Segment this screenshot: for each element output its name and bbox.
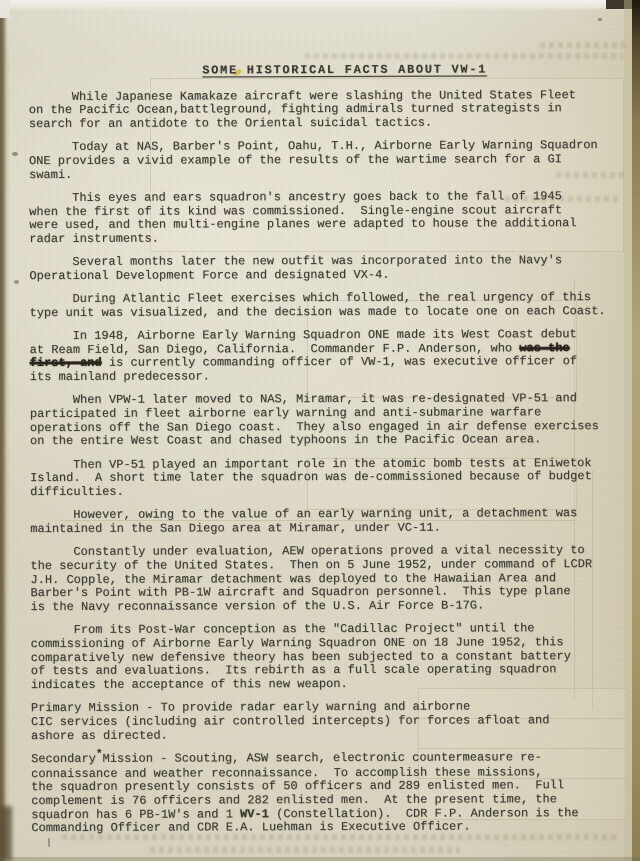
paragraph: Several months later the new outfit was … [29, 254, 619, 283]
text-segment: ashore as directed. [31, 728, 168, 742]
text-segment: difficulties. [30, 485, 124, 499]
paragraph: Then VP-51 played an important role in t… [30, 457, 620, 500]
text-segment: Barber's Point with PB-1W aircraft and S… [30, 584, 570, 600]
page-title: SOME HISTORICAL FACTS ABOUT VW-1 [29, 63, 619, 79]
text-segment: its mainland predecessor. [30, 370, 210, 385]
text-line: ONE provides a vivid example of the resu… [29, 153, 619, 169]
text-segment: of tests and evaluations. Its rebirth as… [31, 663, 557, 679]
text-segment: Commanding Officer and CDR E.A. Luehman … [31, 820, 470, 836]
bold-text: WV-1 [240, 807, 269, 821]
document-text: SOME HISTORICAL FACTS ABOUT VW-1 While J… [29, 63, 622, 846]
paragraph: While Japanese Kamakaze aircraft were sl… [29, 89, 619, 132]
paragraph: In 1948, Airborne Early Warning Squadron… [30, 328, 620, 385]
ink-speck [14, 280, 19, 284]
text-segment: Mission - Scouting, ASW search, electron… [102, 750, 541, 766]
text-segment: CIC services (including air controlled i… [31, 713, 550, 729]
text-segment: on the entire West Coast and chased typh… [30, 433, 541, 449]
text-segment: is currently commanding officer of VW-1,… [102, 355, 577, 371]
page-edge-bottom [0, 857, 640, 861]
text-line: Operational Development Force and design… [29, 268, 619, 284]
paragraph: When VPW-1 later moved to NAS, Miramar, … [30, 392, 620, 449]
text-segment: indicates the acceptance of this new wea… [31, 677, 348, 692]
strike-text: first, and [30, 356, 102, 370]
text-line: difficulties. [30, 484, 620, 500]
text-segment: Island. A short time later the squadron … [30, 469, 592, 485]
text-line: search for an antidote to the Oriental s… [29, 116, 619, 132]
text-line: ashore as directed. [31, 728, 621, 744]
page-edge-top [0, 0, 640, 11]
paragraph: Today at NAS, Barber's Point, Oahu, T.H.… [29, 139, 619, 182]
bleedthrough-text [540, 42, 628, 48]
text-line: Island. A short time later the squadron … [30, 470, 620, 486]
text-segment: is the Navy reconnaissance version of th… [31, 598, 485, 614]
text-segment: However, owing to the value of an early … [73, 506, 577, 522]
paragraph: Secondary*Mission - Scouting, ASW search… [31, 751, 621, 836]
text-segment: ONE provides a vivid example of the resu… [29, 152, 562, 168]
document-body: While Japanese Kamakaze aircraft were sl… [29, 89, 622, 836]
text-segment: Operational Development Force and design… [29, 268, 389, 283]
page-edge-corner [0, 806, 12, 861]
text-line: on the entire West Coast and chased typh… [30, 433, 620, 449]
text-line: is the Navy reconnaissance version of th… [31, 599, 621, 615]
page-edge-corner [606, 0, 640, 9]
page-edge-right [632, 0, 640, 861]
text-line: indicates the acceptance of this new wea… [31, 677, 621, 693]
text-line: were used, and then multi-engine planes … [29, 217, 619, 233]
paragraph: However, owing to the value of an early … [30, 507, 620, 536]
paragraph: Constantly under evaluation, AEW operati… [30, 544, 620, 615]
bleedthrough-text [150, 847, 460, 853]
bleedthrough-text [305, 53, 623, 59]
paragraph: During Atlantic Fleet exercises which fo… [29, 291, 619, 320]
text-line: radar instruments. [29, 231, 619, 247]
text-segment: radar instruments. [29, 232, 159, 246]
caret-text: * [96, 749, 103, 761]
ink-speck [598, 18, 602, 21]
document-page: SOME HISTORICAL FACTS ABOUT VW-1 While J… [0, 0, 640, 861]
text-segment: were used, and then multi-engine planes … [29, 216, 576, 232]
text-segment: (Constellation). CDR F.P. Anderson is th… [269, 806, 579, 821]
paragraph: Primary Mission - To provide radar early… [31, 700, 621, 743]
text-line: CIC services (including air controlled i… [31, 714, 621, 730]
page-edge-left-fade [0, 0, 10, 60]
text-segment: squadron has 6 PB-1W's and 1 [31, 807, 240, 822]
paragraph: From its Post-War conception as the "Cad… [31, 622, 621, 693]
paragraph: This eyes and ears squadron's ancestry g… [29, 190, 619, 247]
text-segment: maintained in the San Diego area at Mira… [30, 521, 441, 536]
text-line: its mainland predecessor. [30, 369, 620, 385]
text-line: type unit was visualized, and the decisi… [29, 305, 619, 321]
ink-speck [12, 152, 18, 156]
text-segment: search for an antidote to the Oriental s… [29, 116, 432, 131]
text-line: Commanding Officer and CDR E.A. Luehman … [31, 820, 621, 836]
text-line: swami. [29, 167, 619, 183]
text-segment: type unit was visualized, and the decisi… [29, 304, 605, 320]
text-line: first, and is currently commanding offic… [30, 355, 620, 371]
text-segment: swami. [29, 168, 72, 182]
text-segment: on the Pacific Ocean,battleground, fight… [29, 102, 562, 118]
page-edge-left [0, 18, 10, 861]
text-segment: Secondary [31, 752, 96, 766]
strike-text: was the [519, 341, 569, 355]
text-line: maintained in the San Diego area at Mira… [30, 521, 620, 537]
text-segment: Several months later the new outfit was … [72, 253, 562, 269]
